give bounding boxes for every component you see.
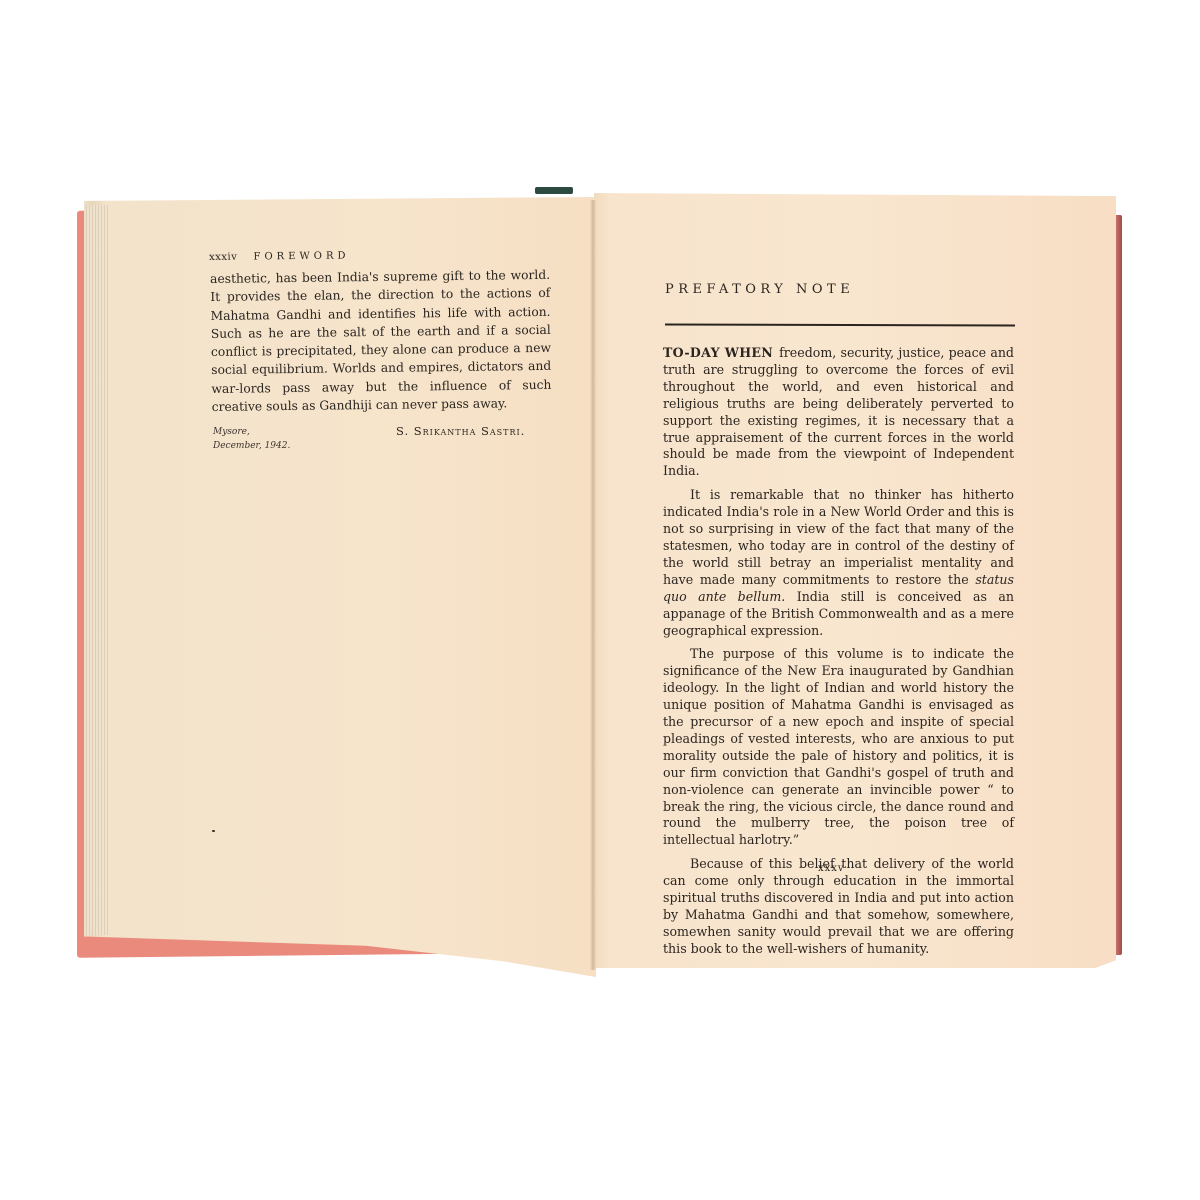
left-page-number: xxxiv bbox=[209, 252, 237, 263]
right-page-number: xxxv bbox=[818, 863, 845, 874]
paragraph-2: It is remarkable that no thinker has hit… bbox=[663, 487, 1014, 639]
paper-speck bbox=[212, 830, 215, 832]
page-title: PREFATORY NOTE bbox=[665, 282, 854, 297]
paragraph-1: TO-DAY WHENfreedom, security, justice, p… bbox=[663, 345, 1014, 480]
lead-in: TO-DAY WHEN bbox=[663, 345, 773, 360]
signature-place-date: Mysore, December, 1942. bbox=[213, 425, 290, 453]
paragraph-3: The purpose of this volume is to indicat… bbox=[663, 646, 1014, 849]
signature-name: S. Srikantha Sastri. bbox=[396, 424, 525, 438]
signature-place: Mysore, bbox=[213, 425, 290, 439]
running-head: xxxiv FOREWORD bbox=[209, 251, 350, 263]
foreword-paragraph: aesthetic, has been India's supreme gift… bbox=[210, 266, 552, 417]
book-gutter bbox=[590, 200, 596, 970]
running-title: FOREWORD bbox=[253, 251, 349, 263]
spine-headband bbox=[535, 187, 573, 194]
signature-date: December, 1942. bbox=[213, 439, 290, 453]
open-book: xxxiv FOREWORD aesthetic, has been India… bbox=[0, 0, 1200, 1200]
foreword-text: aesthetic, has been India's supreme gift… bbox=[210, 266, 552, 417]
page-block-edges bbox=[86, 205, 108, 935]
